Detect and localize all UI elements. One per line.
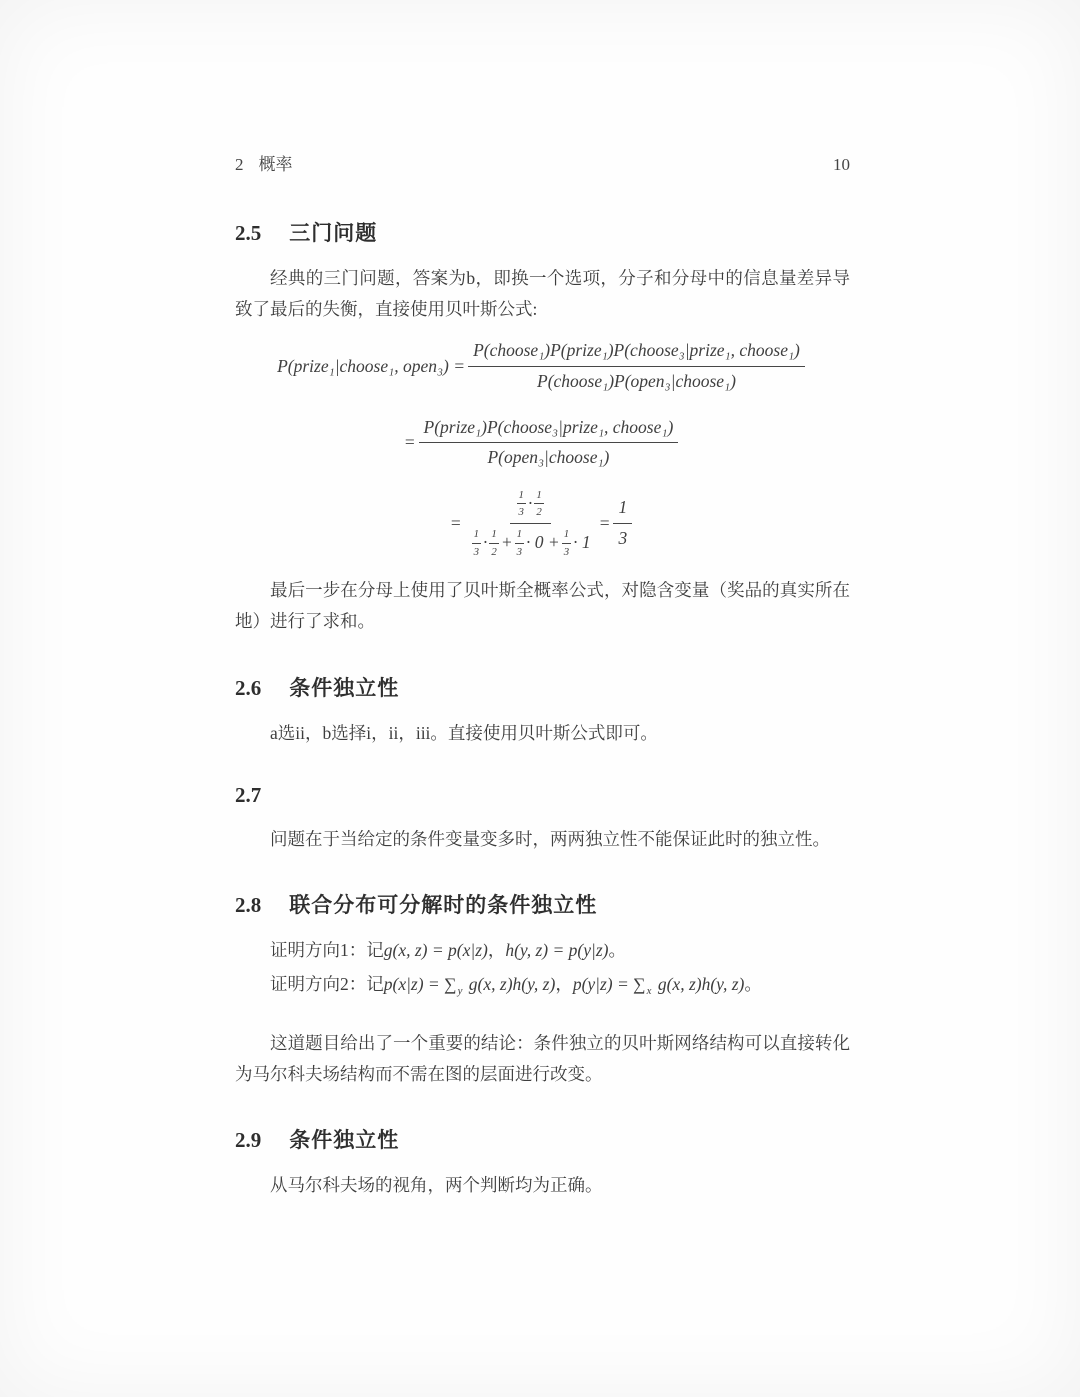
- section-title: 条件独立性: [289, 1124, 399, 1154]
- section-number: 2.7: [235, 783, 261, 808]
- paragraph-2-9-answer: 从马尔科夫场的视角，两个判断均为正确。: [235, 1170, 850, 1201]
- section-number: 2.5: [235, 221, 261, 246]
- section-heading-2-9: 2.9 条件独立性: [235, 1124, 850, 1154]
- paragraph-2-6-answer: a选ii，b选择i，ii，iii。直接使用贝叶斯公式即可。: [235, 718, 850, 749]
- section-number: 2.9: [235, 1128, 261, 1153]
- section-heading-2-6: 2.6 条件独立性: [235, 672, 850, 702]
- paragraph-monty-hall-note: 最后一步在分母上使用了贝叶斯全概率公式，对隐含变量（奖品的真实所在地）进行了求和…: [235, 575, 850, 637]
- chapter-heading: 2概率: [235, 150, 293, 175]
- section-heading-2-7: 2.7: [235, 783, 850, 808]
- section-title: 联合分布可分解时的条件独立性: [289, 889, 597, 919]
- chapter-number: 2: [235, 155, 244, 174]
- equation-numeric-result: = 13 · 1213 · 12 + 13 · 0 + 13 · 1 = 13: [235, 488, 850, 560]
- proof-lines: 证明方向1：记g(x, z) = p(x|z)，h(y, z) = p(y|z)…: [235, 933, 850, 1002]
- chapter-title: 概率: [259, 155, 293, 174]
- proof-direction-1: 证明方向1：记g(x, z) = p(x|z)，h(y, z) = p(y|z)…: [235, 933, 850, 967]
- paragraph-2-7-answer: 问题在于当给定的条件变量变多时，两两独立性不能保证此时的独立性。: [235, 824, 850, 855]
- section-number: 2.8: [235, 893, 261, 918]
- equation-bayes-expansion: P(prize₁|choose₁, open₃) = P(choose₁)P(p…: [235, 339, 850, 393]
- document-page: 2概率 10 2.5 三门问题 经典的三门问题，答案为b，即换一个选项，分子和分…: [0, 0, 1080, 1397]
- page-number: 10: [833, 155, 850, 175]
- running-header: 2概率 10: [235, 150, 850, 175]
- section-heading-2-5: 2.5 三门问题: [235, 217, 850, 247]
- section-title: 条件独立性: [289, 672, 399, 702]
- equation-bayes-simplified: = P(prize₁)P(choose₃|prize₁, choose₁)P(o…: [235, 416, 850, 470]
- paragraph-monty-hall-intro: 经典的三门问题，答案为b，即换一个选项，分子和分母中的信息量差异导致了最后的失衡…: [235, 263, 850, 325]
- section-heading-2-8: 2.8 联合分布可分解时的条件独立性: [235, 889, 850, 919]
- section-title: 三门问题: [289, 217, 377, 247]
- section-number: 2.6: [235, 676, 261, 701]
- paragraph-2-8-conclusion: 这道题目给出了一个重要的结论：条件独立的贝叶斯网络结构可以直接转化为马尔科夫场结…: [235, 1028, 850, 1090]
- proof-direction-2: 证明方向2：记p(x|z) = ∑y g(x, z)h(y, z)，p(y|z)…: [235, 967, 850, 1002]
